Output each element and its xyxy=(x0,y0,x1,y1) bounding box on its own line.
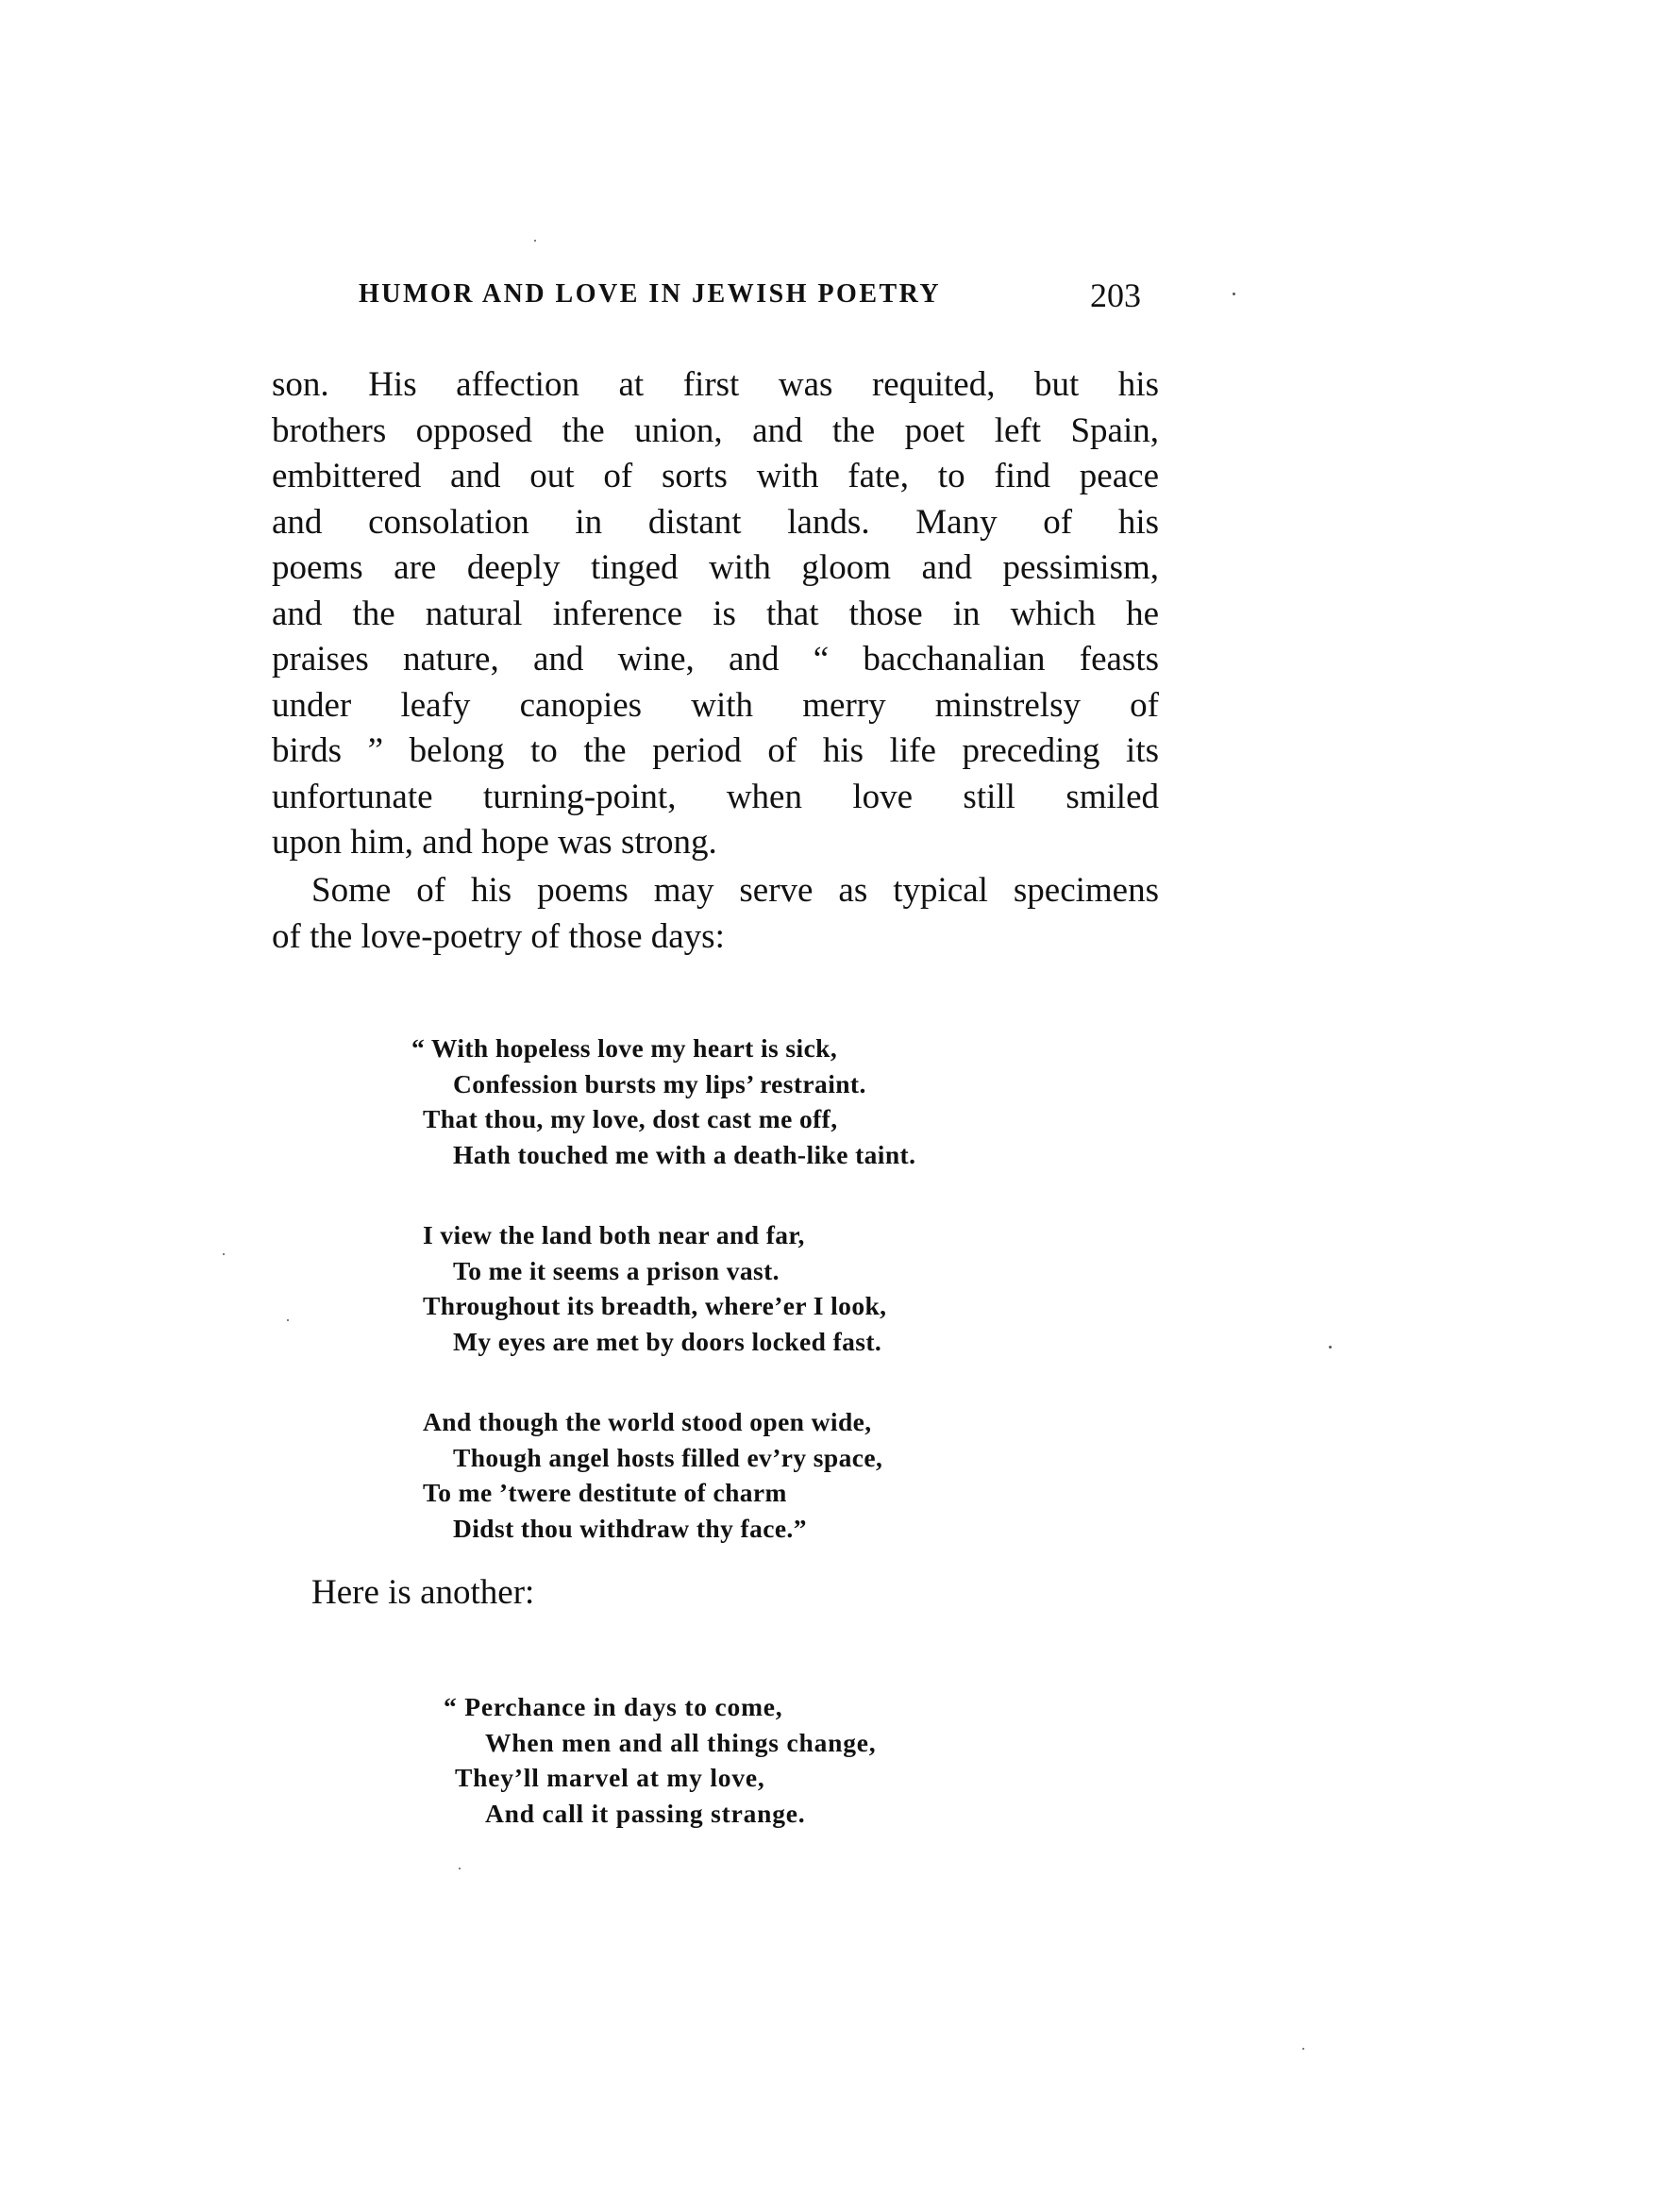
stanza: I view the land both near and far, To me… xyxy=(423,1217,915,1359)
paragraph-continued: son. His affection at first was requited… xyxy=(272,362,1159,866)
text-line: and the natural inference is that those … xyxy=(272,592,1159,638)
scan-speck xyxy=(1233,293,1235,295)
scan-speck xyxy=(1302,2048,1304,2050)
verse-line: And though the world stood open wide, xyxy=(423,1404,915,1440)
verse-line: My eyes are met by doors locked fast. xyxy=(423,1324,915,1360)
verse-line: And call it passing strange. xyxy=(455,1796,876,1832)
verse-line: Confession bursts my lips’ restraint. xyxy=(423,1066,915,1102)
verse-line: “ With hopeless love my heart is sick, xyxy=(411,1031,915,1066)
book-page: HUMOR AND LOVE IN JEWISH POETRY 203 son.… xyxy=(0,0,1661,2212)
stanza: And though the world stood open wide, Th… xyxy=(423,1404,915,1546)
verse-line: That thou, my love, dost cast me off, xyxy=(423,1101,915,1137)
scan-speck xyxy=(287,1319,289,1321)
page-number: 203 xyxy=(1090,276,1141,315)
verse-line: Though angel hosts filled ev’ry space, xyxy=(423,1440,915,1476)
text-line: of the love-poetry of those days: xyxy=(272,914,1159,961)
verse-line: I view the land both near and far, xyxy=(423,1217,915,1253)
text-line: under leafy canopies with merry minstrel… xyxy=(272,683,1159,729)
text-line: son. His affection at first was requited… xyxy=(272,362,1159,409)
verse-line: “ Perchance in days to come, xyxy=(444,1689,876,1725)
verse-line: When men and all things change, xyxy=(455,1725,876,1761)
paragraph-intro-poems: Some of his poems may serve as typical s… xyxy=(272,868,1159,960)
scan-speck xyxy=(534,240,536,242)
text-line: birds ” belong to the period of his life… xyxy=(272,729,1159,775)
text-line: unfortunate turning-point, when love sti… xyxy=(272,775,1159,821)
verse-line: Throughout its breadth, where’er I look, xyxy=(423,1288,915,1324)
poem-block-1: “ With hopeless love my heart is sick, C… xyxy=(423,1031,915,1591)
poem-block-2: “ Perchance in days to come, When men an… xyxy=(455,1689,876,1876)
verse-line: They’ll marvel at my love, xyxy=(455,1760,876,1796)
stanza: “ Perchance in days to come, When men an… xyxy=(455,1689,876,1831)
scan-speck xyxy=(223,1253,225,1255)
scan-speck xyxy=(1329,1346,1332,1349)
text-line: Some of his poems may serve as typical s… xyxy=(272,868,1159,914)
text-line: Here is another: xyxy=(272,1570,1159,1617)
running-head: HUMOR AND LOVE IN JEWISH POETRY 203 xyxy=(359,279,1161,327)
paragraph-here-is-another: Here is another: xyxy=(272,1570,1159,1617)
verse-line: Didst thou withdraw thy face.” xyxy=(423,1511,915,1547)
verse-line: To me ’twere destitute of charm xyxy=(423,1475,915,1511)
text-line: upon him, and hope was strong. xyxy=(272,820,1159,866)
scan-speck xyxy=(459,1868,461,1869)
text-line: praises nature, and wine, and “ bacchana… xyxy=(272,637,1159,683)
text-line: embittered and out of sorts with fate, t… xyxy=(272,454,1159,500)
text-line: brothers opposed the union, and the poet… xyxy=(272,409,1159,455)
stanza: “ With hopeless love my heart is sick, C… xyxy=(423,1031,915,1172)
running-title: HUMOR AND LOVE IN JEWISH POETRY xyxy=(359,279,941,310)
verse-line: Hath touched me with a death-like taint. xyxy=(423,1137,915,1173)
verse-line: To me it seems a prison vast. xyxy=(423,1253,915,1289)
text-line: and consolation in distant lands. Many o… xyxy=(272,500,1159,546)
text-line: poems are deeply tinged with gloom and p… xyxy=(272,545,1159,592)
